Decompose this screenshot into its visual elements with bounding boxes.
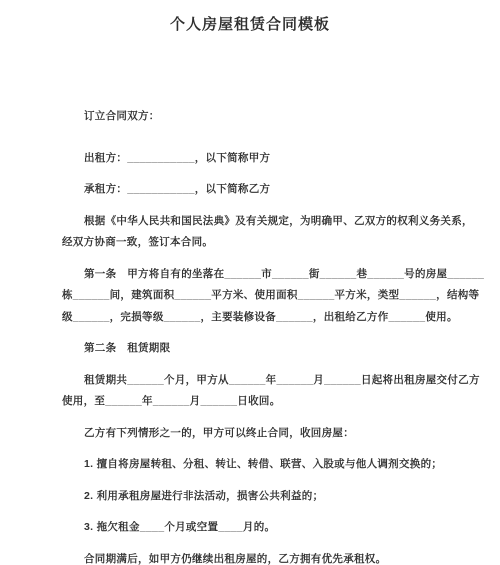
text-line: 使用，至______年______月______日收回。 (62, 391, 500, 413)
text-line: 租赁期共______个月，甲方从______年______月______日起将出… (62, 370, 500, 392)
paragraph-article-2-heading: 第二条 租赁期限 (62, 338, 500, 360)
text-line: 3. 拖欠租金____个月或空置____月的。 (62, 517, 500, 539)
text-line: 乙方有下列情形之一的，甲方可以终止合同，收回房屋： (62, 423, 500, 445)
text-line: 合同期满后，如甲方仍继续出租房屋的，乙方拥有优先承租权。 (62, 549, 500, 565)
text-line: 经双方协商一致，签订本合同。 (62, 232, 500, 254)
text-line: 承租方：___________，以下简称乙方 (62, 179, 500, 201)
contract-document-page: 个人房屋租赁合同模板 订立合同双方： 出租方：___________，以下简称甲… (0, 0, 500, 565)
paragraph-condition-1: 1. 擅自将房屋转租、分租、转让、转借、联营、入股或与他人调剂交换的； (62, 454, 500, 476)
text-line: 根据《中华人民共和国民法典》及有关规定，为明确甲、乙双方的权利义务关系， (62, 211, 500, 233)
paragraph-lessor: 出租方：___________，以下简称甲方 (62, 148, 500, 170)
document-title: 个人房屋租赁合同模板 (62, 14, 438, 36)
paragraph-parties-heading: 订立合同双方： (62, 106, 500, 128)
paragraph-condition-2: 2. 利用承租房屋进行非法活动，损害公共利益的； (62, 486, 500, 508)
text-line: 第二条 租赁期限 (62, 338, 500, 360)
paragraph-renewal-priority: 合同期满后，如甲方仍继续出租房屋的，乙方拥有优先承租权。 (62, 549, 500, 565)
text-line: 第一条 甲方将自有的坐落在______市______街______巷______… (62, 264, 500, 286)
paragraph-condition-3: 3. 拖欠租金____个月或空置____月的。 (62, 517, 500, 539)
paragraph-termination-intro: 乙方有下列情形之一的，甲方可以终止合同，收回房屋： (62, 423, 500, 445)
text-line: 1. 擅自将房屋转租、分租、转让、转借、联营、入股或与他人调剂交换的； (62, 454, 500, 476)
paragraph-legal-basis: 根据《中华人民共和国民法典》及有关规定，为明确甲、乙双方的权利义务关系， 经双方… (62, 211, 500, 254)
text-line: 栋______间，建筑面积______平方米、使用面积______平方米，类型_… (62, 285, 500, 307)
text-line: 订立合同双方： (62, 106, 500, 128)
paragraph-lease-term: 租赁期共______个月，甲方从______年______月______日起将出… (62, 370, 500, 413)
paragraph-lessee: 承租方：___________，以下简称乙方 (62, 179, 500, 201)
paragraph-article-1: 第一条 甲方将自有的坐落在______市______街______巷______… (62, 264, 500, 329)
text-line: 出租方：___________，以下简称甲方 (62, 148, 500, 170)
text-line: 2. 利用承租房屋进行非法活动，损害公共利益的； (62, 486, 500, 508)
text-line: 级______，完损等级______，主要装修设备______，出租给乙方作__… (62, 307, 500, 329)
